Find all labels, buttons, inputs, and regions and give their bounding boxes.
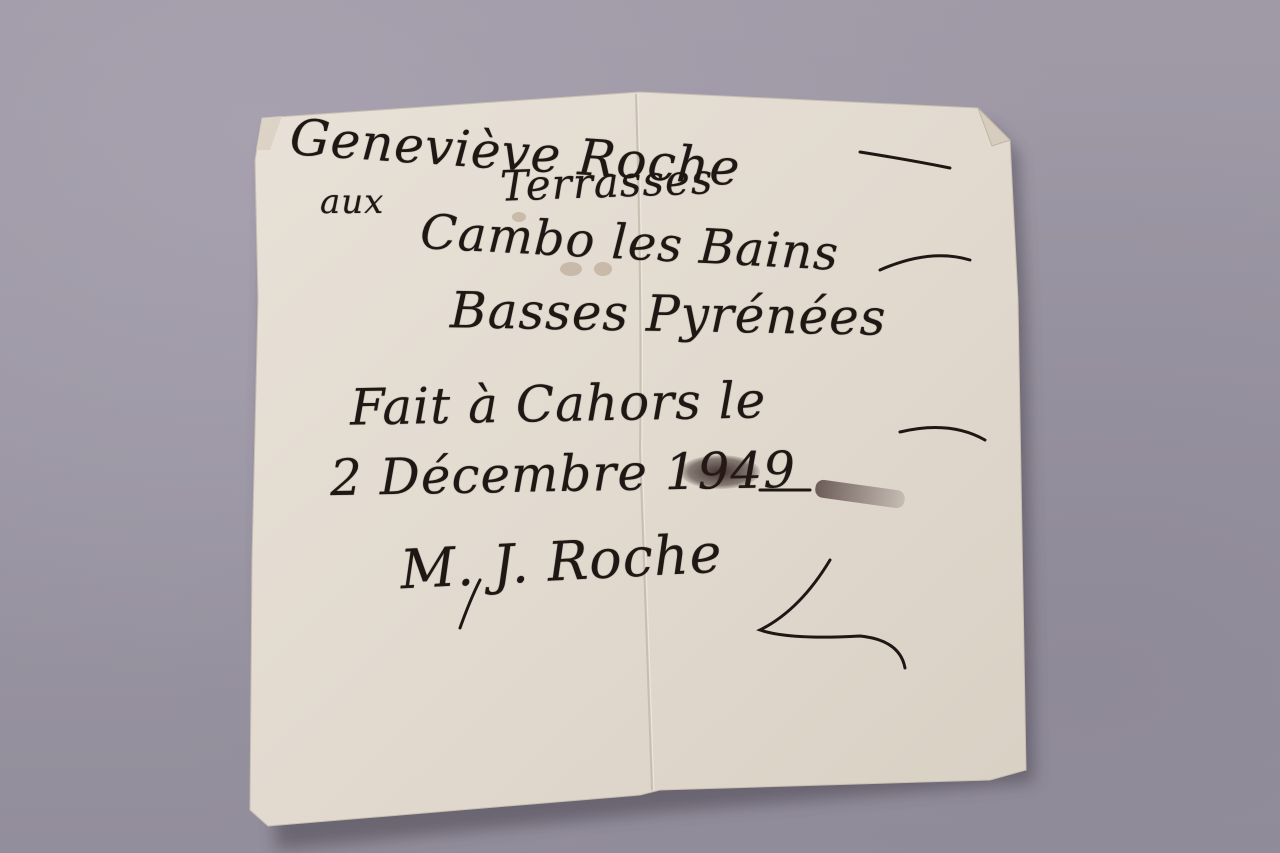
- address-line-aux: aux: [320, 182, 384, 222]
- place-written: Fait à Cahors le: [350, 371, 767, 436]
- address-line-region: Basses Pyrénées: [450, 281, 887, 347]
- address-line-terrasses: Terrasses: [499, 154, 714, 210]
- photograph: Geneviève Roche Terrasses aux Cambo les …: [0, 0, 1280, 853]
- ink-blot: [680, 455, 760, 489]
